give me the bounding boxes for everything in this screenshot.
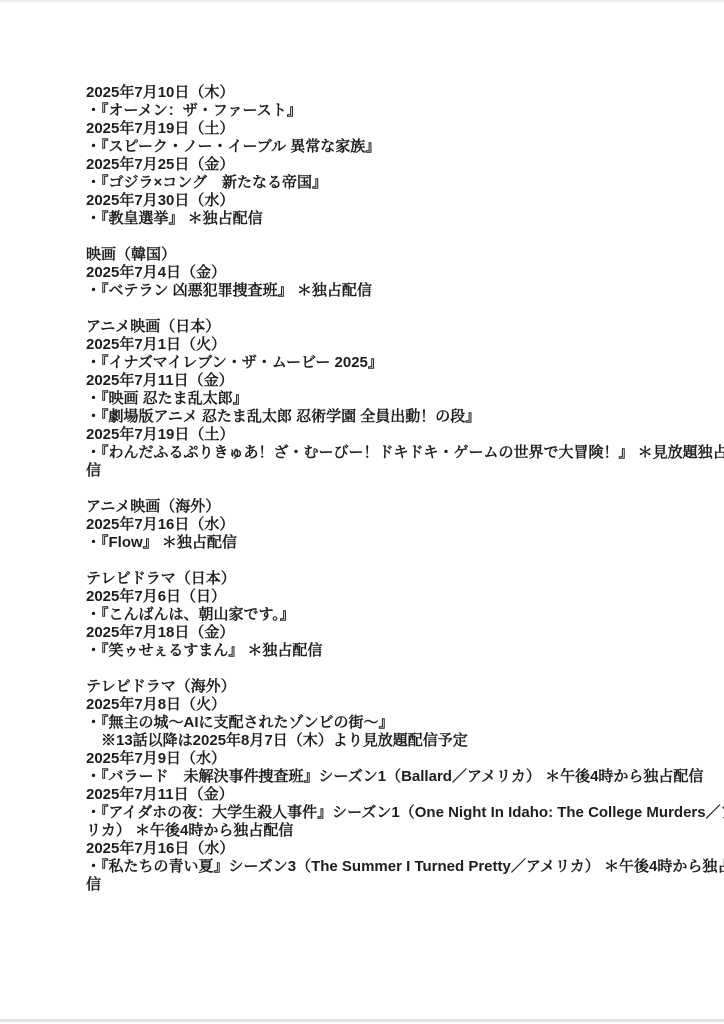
scan-edge-bottom [0,1019,724,1022]
schedule-section: アニメ映画（海外）2025年7月16日（水）・『Flow』 ＊独占配信 [86,498,652,552]
title-line: ・『ゴジラ×コング 新たなる帝国』 [86,174,652,192]
title-line: ・『ベテラン 凶悪犯罪捜査班』 ＊独占配信 [86,282,652,300]
release-date: 2025年7月4日（金） [86,264,652,282]
title-line: ・『スピーク・ノー・イーブル 異常な家族』 [86,138,652,156]
title-line: ・『劇場版アニメ 忍たま乱太郎 忍術学園 全員出動！の段』 [86,408,652,426]
document-page: 2025年7月10日（木）・『オーメン：ザ・ファースト』2025年7月19日（土… [0,0,724,1024]
category-header: テレビドラマ（日本） [86,570,652,588]
title-line: ・『私たちの青い夏』シーズン3（The Summer I Turned Pret… [86,858,652,876]
schedule-section: テレビドラマ（海外）2025年7月8日（火）・『無主の城～AIに支配されたゾンビ… [86,678,652,894]
schedule-section: アニメ映画（日本）2025年7月1日（火）・『イナズマイレブン・ザ・ムービー 2… [86,318,652,480]
release-date: 2025年7月16日（水） [86,840,652,858]
category-header: テレビドラマ（海外） [86,678,652,696]
release-date: 2025年7月19日（土） [86,120,652,138]
wrapped-line: リカ） ＊午後4時から独占配信 [86,822,652,840]
document-content: 2025年7月10日（木）・『オーメン：ザ・ファースト』2025年7月19日（土… [86,84,652,894]
release-date: 2025年7月9日（水） [86,750,652,768]
wrapped-line: 信 [86,876,652,894]
release-date: 2025年7月19日（土） [86,426,652,444]
title-line: ・『映画 忍たま乱太郎』 [86,390,652,408]
note-line: ※13話以降は2025年8月7日（木）より見放題配信予定 [86,732,652,750]
category-header: 映画（韓国） [86,246,652,264]
category-header: アニメ映画（海外） [86,498,652,516]
release-date: 2025年7月18日（金） [86,624,652,642]
schedule-section: 2025年7月10日（木）・『オーメン：ザ・ファースト』2025年7月19日（土… [86,84,652,228]
title-line: ・『アイダホの夜：大学生殺人事件』シーズン1（One Night In Idah… [86,804,652,822]
title-line: ・『笑ゥせぇるすまん』 ＊独占配信 [86,642,652,660]
release-date: 2025年7月11日（金） [86,372,652,390]
release-date: 2025年7月1日（火） [86,336,652,354]
release-date: 2025年7月8日（火） [86,696,652,714]
scan-edge-top [0,0,724,2]
title-line: ・『イナズマイレブン・ザ・ムービー 2025』 [86,354,652,372]
title-line: ・『バラード 未解決事件捜査班』シーズン1（Ballard／アメリカ） ＊午後4… [86,768,652,786]
release-date: 2025年7月30日（水） [86,192,652,210]
wrapped-line: 信 [86,462,652,480]
release-date: 2025年7月25日（金） [86,156,652,174]
title-line: ・『オーメン：ザ・ファースト』 [86,102,652,120]
category-header: アニメ映画（日本） [86,318,652,336]
release-date: 2025年7月10日（木） [86,84,652,102]
release-date: 2025年7月6日（日） [86,588,652,606]
schedule-section: テレビドラマ（日本）2025年7月6日（日）・『こんばんは、朝山家です。』202… [86,570,652,660]
title-line: ・『わんだふるぷりきゅあ！ざ・むーびー！ドキドキ・ゲームの世界で大冒険！』 ＊見… [86,444,652,462]
release-date: 2025年7月16日（水） [86,516,652,534]
release-date: 2025年7月11日（金） [86,786,652,804]
title-line: ・『無主の城～AIに支配されたゾンビの街～』 [86,714,652,732]
title-line: ・『Flow』 ＊独占配信 [86,534,652,552]
schedule-section: 映画（韓国）2025年7月4日（金）・『ベテラン 凶悪犯罪捜査班』 ＊独占配信 [86,246,652,300]
title-line: ・『こんばんは、朝山家です。』 [86,606,652,624]
title-line: ・『教皇選挙』 ＊独占配信 [86,210,652,228]
